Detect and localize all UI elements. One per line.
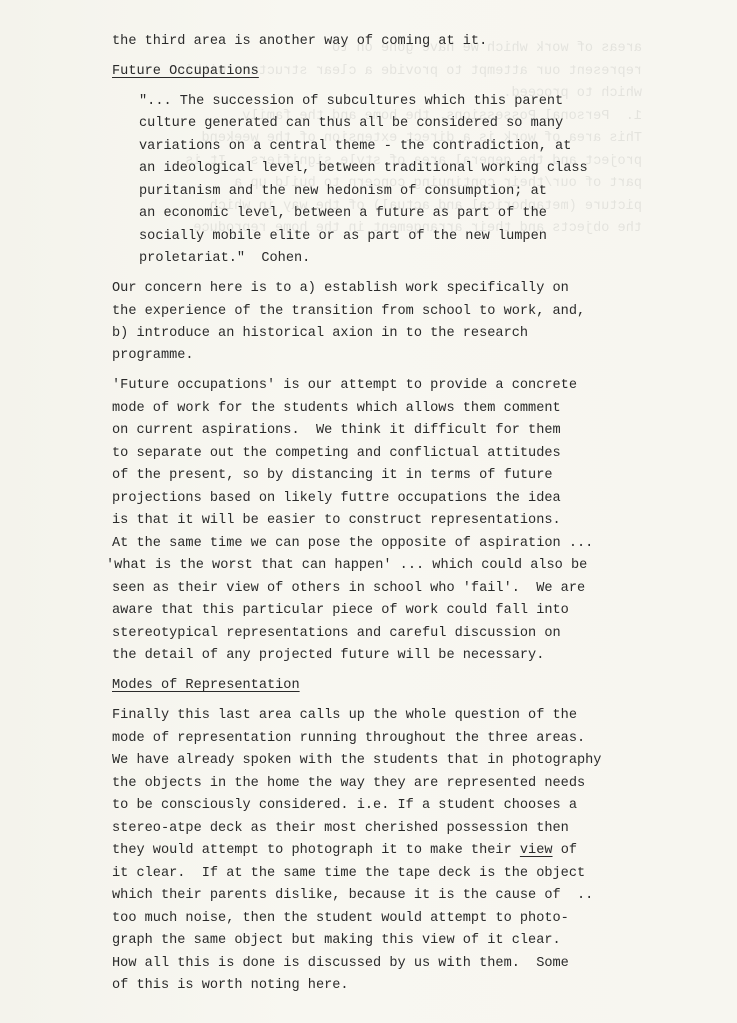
underlined-word: view bbox=[520, 843, 553, 858]
text-line: stereo-atpe deck as their most cherished… bbox=[112, 818, 569, 841]
text-line: too much noise, then the student would a… bbox=[112, 908, 569, 931]
text-line: At the same time we can pose the opposit… bbox=[112, 533, 593, 556]
text-line: "... The succession of subcultures which… bbox=[139, 91, 563, 114]
text-line: it clear. If at the same time the tape d… bbox=[112, 863, 585, 886]
text-line: Finally this last area calls up the whol… bbox=[112, 705, 577, 728]
text-line: 'Future occupations' is our attempt to p… bbox=[112, 375, 577, 398]
text-line: proletariat." Cohen. bbox=[139, 248, 310, 271]
text-line: seen as their view of others in school w… bbox=[112, 578, 585, 601]
text-segment: of bbox=[553, 843, 577, 858]
text-line: the objects in the home the way they are… bbox=[112, 773, 585, 796]
text-line: to separate out the competing and confli… bbox=[112, 443, 561, 466]
text-line: on current aspirations. We think it diff… bbox=[112, 420, 561, 443]
section-heading: Modes of Representation bbox=[112, 675, 300, 698]
text-line: graph the same object but making this vi… bbox=[112, 930, 561, 953]
text-line: variations on a central theme - the cont… bbox=[139, 136, 571, 159]
text-line: which their parents dislike, because it … bbox=[112, 885, 593, 908]
text-line: the detail of any projected future will … bbox=[112, 645, 544, 668]
text-line: the experience of the transition from sc… bbox=[112, 301, 585, 324]
text-line: mode of representation running throughou… bbox=[112, 728, 585, 751]
text-line: aware that this particular piece of work… bbox=[112, 600, 569, 623]
text-line: Our concern here is to a) establish work… bbox=[112, 278, 569, 301]
scanned-page: areas of work which we have gone on tore… bbox=[0, 0, 737, 1023]
text-line: mode of work for the students which allo… bbox=[112, 398, 561, 421]
text-line: of the present, so by distancing it in t… bbox=[112, 465, 553, 488]
text-line: an ideological level, between traditiona… bbox=[139, 158, 588, 181]
text-line: socially mobile elite or as part of the … bbox=[139, 226, 547, 249]
section-heading: Future Occupations bbox=[112, 61, 259, 84]
text-line: of this is worth noting here. bbox=[112, 975, 349, 998]
text-line: b) introduce an historical axion in to t… bbox=[112, 323, 528, 346]
text-segment: they would attempt to photograph it to m… bbox=[112, 843, 520, 858]
text-line: an economic level, between a future as p… bbox=[139, 203, 547, 226]
text-line: programme. bbox=[112, 345, 194, 368]
text-line: is that it will be easier to construct r… bbox=[112, 510, 561, 533]
text-line: they would attempt to photograph it to m… bbox=[112, 840, 577, 863]
text-line: puritanism and the new hedonism of consu… bbox=[139, 181, 547, 204]
text-line: 'what is the worst that can happen' ... … bbox=[106, 555, 587, 578]
text-line: stereotypical representations and carefu… bbox=[112, 623, 561, 646]
text-line: We have already spoken with the students… bbox=[112, 750, 601, 773]
text-line: the third area is another way of coming … bbox=[112, 31, 487, 54]
text-line: projections based on likely futtre occup… bbox=[112, 488, 561, 511]
text-line: to be consciously considered. i.e. If a … bbox=[112, 795, 577, 818]
text-line: How all this is done is discussed by us … bbox=[112, 953, 569, 976]
text-line: culture generated can thus all be consid… bbox=[139, 113, 563, 136]
